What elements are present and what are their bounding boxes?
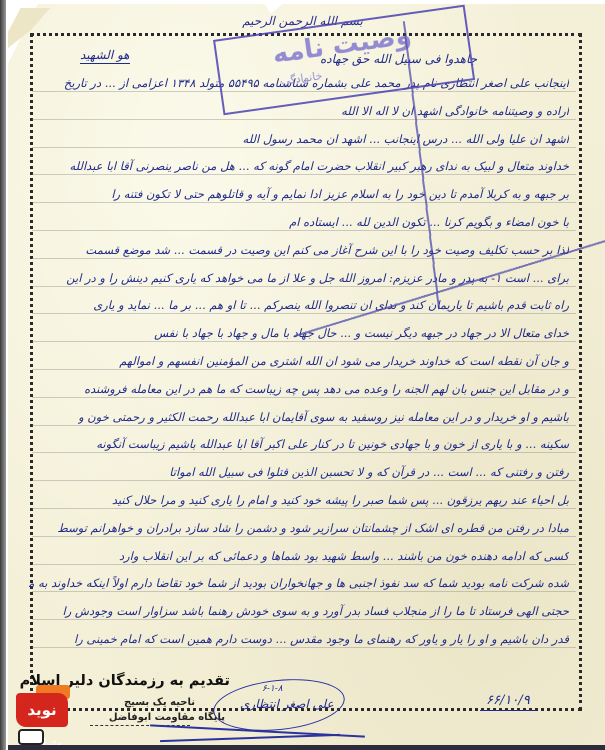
ruled-line [32,369,576,370]
body-line: خدای متعال الا در جهاد در جبهه دیگر نیست… [154,326,569,340]
body-line: لذا بر حسب تکلیف وصیت خود را با این شرح … [85,243,569,257]
ruled-line [32,480,576,481]
body-line: بر جبهه و به کربلا آمدم تا دین خود را به… [111,187,569,201]
body-line: مبادا در رفتن من قطره ای اشک از چشمانتان… [57,521,569,535]
ruled-line [32,508,576,509]
ruled-line [32,286,576,287]
body-line: برای ... است ۱- به پدر و مادر عزیزم: امر… [66,271,569,285]
logo-red-mark: نوید شاهد [16,693,68,727]
ruled-line [32,119,576,120]
body-line: کسی که ادامه دهنده خون من باشند ... واسط… [119,549,569,563]
huwa-al-shahid-heading: هو الشهید [80,48,130,64]
body-line: اراده و وصیتنامه خانوادگی اشهد ان لا اله… [341,104,569,118]
body-line: سکینه ... و با یاری از خون و با جهادی خو… [96,437,569,451]
ruled-line [32,147,576,148]
body-line: شده شرکت نامه بودید شما که سد نفوذ اجنبی… [29,576,569,590]
body-line: و در مقابل این جنس بان لهم الجنه را وعده… [84,382,569,396]
body-line: اشهد ان علیا ولی الله ... درس اینجانب ..… [243,132,569,146]
ruled-line [32,536,576,537]
ruled-line [32,341,576,342]
body-line: خداوند متعال و لبیک به ندای رهبر کبیر ان… [70,159,570,173]
body-line: بل احیاء عند ربهم یرزقون ... پس شما صبر … [112,493,569,507]
body-line: باشیم و او خریدار و در این معامله نیز رو… [78,410,569,424]
body-line: رفتن و رفتنی که ... است ... در قرآن که و… [169,465,569,479]
ruled-line [32,174,576,175]
basij-district-label: ناحیه یک بسیج [124,697,195,708]
ruled-line [32,591,576,592]
ruled-line [32,619,576,620]
resistance-base-label: پایگاه مقاومت ابوفاضل [109,712,225,723]
ruled-line [32,564,576,565]
ruled-line [32,313,576,314]
ruled-line [32,258,576,259]
body-line: قدر دان باشیم و او را یار و یاور که رهنم… [74,632,569,646]
body-line: و جان آن نقطه است که خداوند خریدار می شو… [119,354,569,368]
scan-bottom-edge [8,745,605,750]
ruled-line [32,397,576,398]
stamp-subtitle: خانوادگی [281,69,324,88]
body-line: حجتی الهی فرستاد تا ما را از منجلاب فساد… [63,604,570,618]
logo-hand-icon [18,729,44,745]
body-line: راه ثابت قدم باشیم تا یاریمان کند و ندای… [93,298,569,312]
ruled-line [32,202,576,203]
signature-name: علی اصغر انتظاری [240,697,334,711]
ruled-line [32,452,576,453]
ruled-line [32,647,576,648]
scan-edge-shadow [0,0,6,750]
navid-shahed-logo: نوید شاهد [16,685,78,743]
signature-date: ۶-۱-۸ [262,684,283,694]
bismillah-heading: بسم الله الرحمن الرحیم [0,14,605,28]
ruled-line [32,230,576,231]
ruled-line [32,425,576,426]
document-date: ۶۶/۱۰/۹ [480,693,536,711]
